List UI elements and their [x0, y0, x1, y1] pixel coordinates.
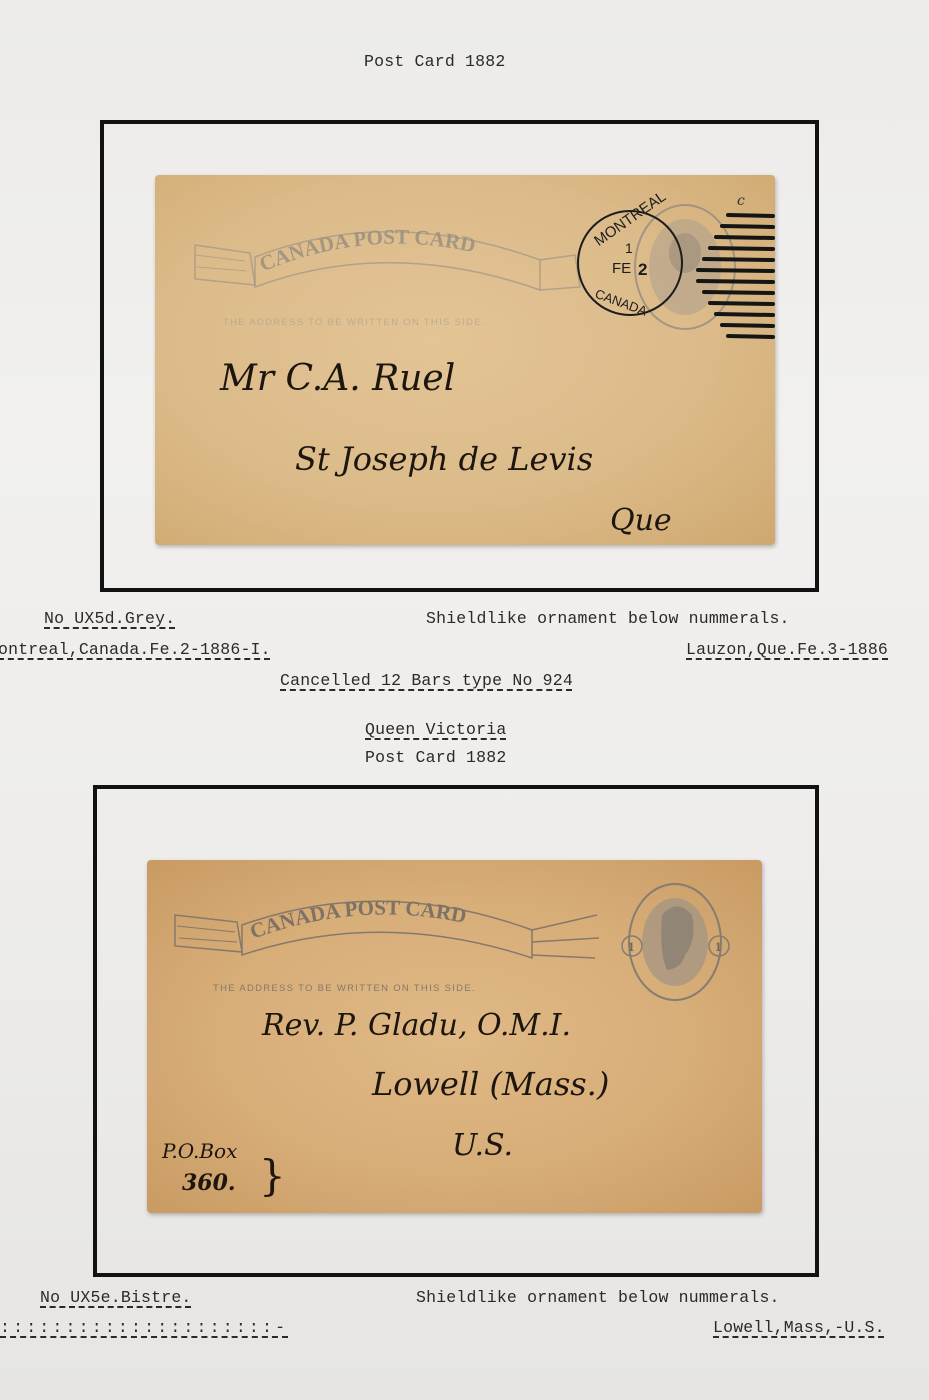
card2-po-box-number: 360. [182, 1170, 236, 1196]
queen-portrait-icon [669, 233, 701, 273]
card2-instruction: THE ADDRESS TO BE WRITTEN ON THIS SIDE. [213, 983, 476, 994]
card2-stamp: 1 1 [622, 884, 729, 1000]
card2-description: Shieldlike ornament below nummerals. [416, 1288, 780, 1307]
card1-origin: ontreal,Canada.Fe.2-1886-I. [0, 640, 271, 659]
card2-catalog-no: No UX5e.Bistre. [40, 1288, 192, 1307]
card1-cancellation: Cancelled 12 Bars type No 924 [280, 671, 573, 690]
brace-icon: } [259, 1151, 286, 1200]
card2-address-line1: Rev. P. Gladu, O.M.I. [261, 1008, 571, 1043]
ribbon-right-icon [540, 255, 580, 290]
ribbon-right-icon [532, 915, 599, 958]
ribbon-left-icon [175, 915, 242, 952]
card1-address-line2: St Joseph de Levis [295, 440, 593, 478]
svg-text:1: 1 [628, 939, 635, 954]
card2-origin: :::::::::::::::::::::- [0, 1318, 288, 1337]
card2-address-line2: Lowell (Mass.) [371, 1065, 609, 1103]
svg-text:2: 2 [638, 260, 647, 279]
card1-address-line1: Mr C.A. Ruel [219, 358, 455, 399]
card2-po-box-label: P.O.Box [161, 1139, 237, 1163]
card1-catalog-no: No UX5d.Grey. [44, 609, 175, 628]
postcard-2: CANADA POST CARD THE ADDRESS TO BE WRITT… [147, 860, 762, 1213]
postcard-1: CANADA POST CARD THE ADDRESS TO BE WRITT… [155, 175, 775, 545]
section2-subject: Queen Victoria [365, 720, 506, 739]
ribbon-left-icon [195, 245, 255, 285]
card1-address-line3: Que [610, 503, 672, 538]
card2-destination: Lowell,Mass,-U.S. [713, 1318, 885, 1337]
svg-text:c: c [737, 193, 745, 209]
svg-text:1: 1 [625, 240, 633, 256]
card1-destination: Lauzon,Que.Fe.3-1886 [686, 640, 888, 659]
section2-heading: Post Card 1882 [365, 748, 506, 767]
card1-instruction: THE ADDRESS TO BE WRITTEN ON THIS SIDE. [223, 317, 486, 328]
postcard-2-art: CANADA POST CARD THE ADDRESS TO BE WRITT… [147, 860, 762, 1213]
svg-text:FE: FE [612, 260, 631, 277]
card1-description: Shieldlike ornament below nummerals. [426, 609, 790, 628]
section1-heading: Post Card 1882 [364, 52, 505, 71]
card1-banner-text: CANADA POST CARD [256, 225, 478, 277]
card2-address-line3: U.S. [452, 1128, 513, 1163]
svg-text:1: 1 [715, 939, 722, 954]
postcard-1-art: CANADA POST CARD THE ADDRESS TO BE WRITT… [155, 175, 775, 545]
